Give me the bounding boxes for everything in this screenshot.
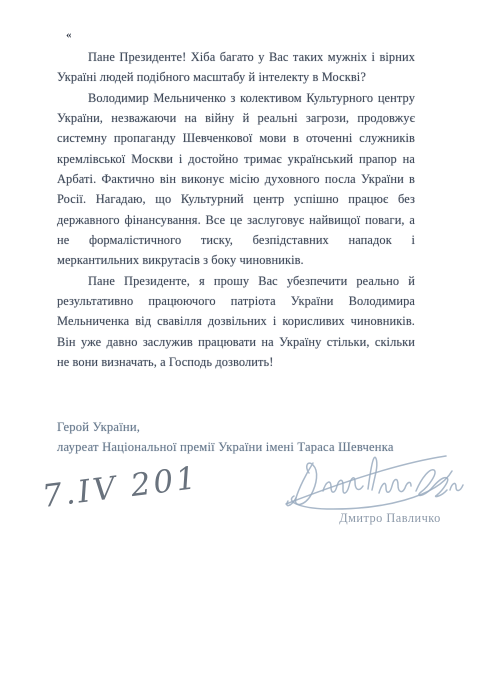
letter-line: державного фінансування. Все це заслугов… (57, 210, 415, 230)
letter-line: Росії. Нагадаю, що Культурний центр успі… (57, 189, 415, 209)
letter-body: Пане Президенте! Хіба багато у Вас таких… (57, 47, 415, 373)
letter-line: системну пропаганду Шевченкової мови в о… (57, 128, 415, 148)
letter-line: результативно працюючого патріота Україн… (57, 291, 415, 311)
letter-line: кремлівської Москви і достойно тримає ук… (57, 149, 415, 169)
letter-line: Арбаті. Фактично він виконує місію духов… (57, 169, 415, 189)
signature-scrawl-icon (282, 452, 480, 516)
opening-quote-mark: « (66, 29, 71, 41)
letter-line: Він уже давно заслужив працювати на Укра… (57, 332, 415, 352)
letter-line: Мельниченка від свавілля дозвільних і ко… (57, 311, 415, 331)
letter-line: України, незважаючи на війну й реальні з… (57, 108, 415, 128)
letter-line: Україні людей подібного масштабу й інтел… (57, 67, 415, 87)
letter-line: Пане Президенте, я прошу Вас убезпечити … (57, 271, 415, 291)
handwritten-date: 7.IV 2015 (36, 458, 196, 518)
signoff-title: Герой України, (57, 418, 437, 438)
signature-printed-name: Дмитро Павличко (328, 511, 452, 526)
letter-line: меркантильних викрутасів з боку чиновник… (57, 250, 415, 270)
letter-line: не формалістичного тиску, безпідставних … (57, 230, 415, 250)
letter-line: Володимир Мельниченко з колективом Культ… (57, 88, 415, 108)
letter-line: Пане Президенте! Хіба багато у Вас таких… (57, 47, 415, 67)
letter-page: « Пане Президенте! Хіба багато у Вас так… (0, 0, 484, 682)
letter-line: не вони визначать, а Господь дозволить! (57, 352, 415, 372)
handwritten-date-text: 7.IV 2015 (40, 458, 196, 515)
